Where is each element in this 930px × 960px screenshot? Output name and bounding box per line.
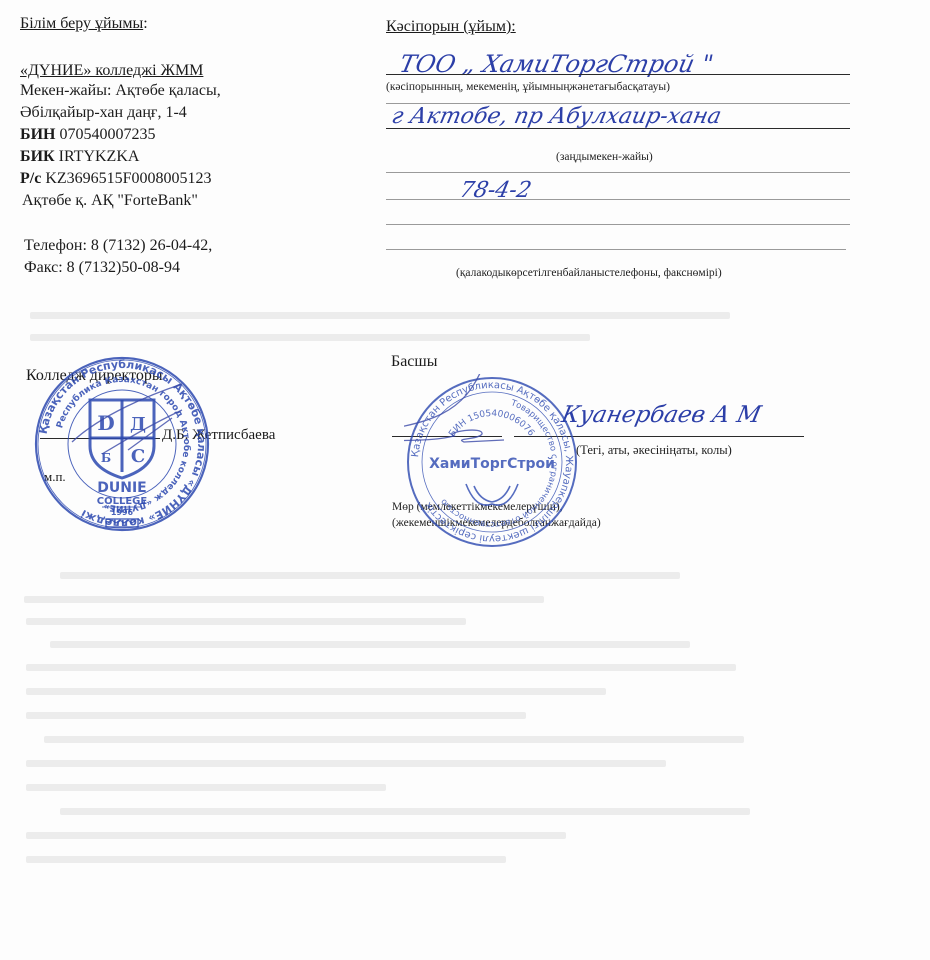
college-address-line-2: Әбілқайыр-хан даңғ, 1-4: [20, 103, 187, 123]
college-address-line-1: Мекен-жайы: Ақтөбе қаласы,: [20, 81, 221, 101]
phone-line: [386, 199, 850, 200]
svg-text:DUNIE: DUNIE: [97, 480, 146, 496]
legal-address-caption: (заңдымекен-жайы): [556, 150, 653, 164]
college-stamp-icon: Қазақстан Республикасы Ақтөбе қаласы «ДҮ…: [32, 354, 212, 534]
legal-address-handwritten: г Актобе, пр Абулхаир-хана: [389, 104, 723, 129]
head-title: Басшы: [391, 352, 437, 372]
svg-text:1996: 1996: [111, 508, 134, 517]
svg-text:C: C: [131, 446, 145, 467]
svg-text:Д: Д: [130, 414, 146, 435]
head-caption: (Тегі, аты, әкесініңаты, колы): [576, 443, 732, 457]
college-bik: БИК IRTYKZKA: [20, 147, 139, 167]
enterprise-heading: Кәсіпорын (ұйым):: [386, 17, 516, 37]
legal-address-line: [386, 128, 850, 129]
enterprise-name-line: [386, 74, 850, 75]
college-bank: Ақтөбе қ. АҚ "ForteBank": [22, 191, 198, 211]
phone-line-3: [386, 249, 846, 250]
company-stamp-icon: Қазақстан Республикасы Ақтөбе қаласы, Жа…: [404, 374, 580, 550]
phone-caption: (қалакодыкөрсетілгенбайланыстелефоны, фа…: [456, 266, 722, 280]
college-account: Р/с KZ3696515F0008005123: [20, 169, 212, 189]
phone-line-2: [386, 224, 850, 225]
education-org-heading: Білім беру ұйымы:: [20, 14, 148, 34]
svg-text:ХамиТоргСтрой: ХамиТоргСтрой: [429, 456, 555, 472]
college-phone: Телефон: 8 (7132) 26-04-42,: [24, 236, 212, 256]
college-fax: Факс: 8 (7132)50-08-94: [24, 258, 180, 278]
svg-text:COLLEGE: COLLEGE: [97, 496, 148, 507]
extra-line: [386, 172, 850, 173]
enterprise-name-caption: (кәсіпорынның, мекеменің, ұйымныңжәнетағ…: [386, 80, 670, 94]
college-name: «ДҮНИЕ» колледжі ЖММ: [20, 61, 203, 81]
college-bin: БИН 070540007235: [20, 125, 155, 145]
head-signature-handwritten: Куанербаев А М: [559, 402, 763, 428]
